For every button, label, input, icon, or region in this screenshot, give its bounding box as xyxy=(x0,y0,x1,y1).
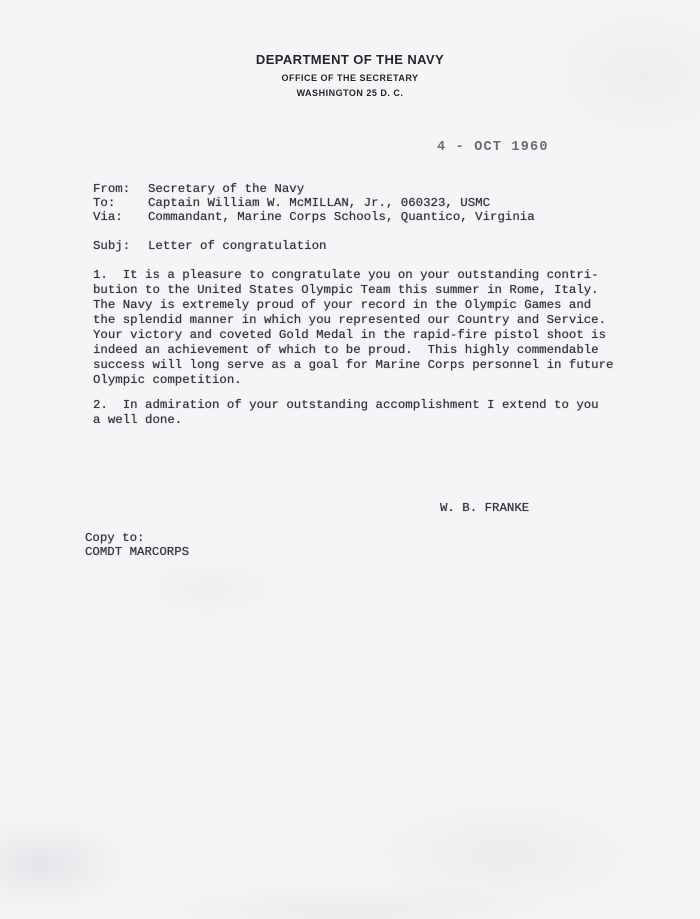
body-paragraph-2: 2. In admiration of your outstanding acc… xyxy=(93,398,599,428)
letterhead: DEPARTMENT OF THE NAVY OFFICE OF THE SEC… xyxy=(0,52,700,98)
to-row: To:Captain William W. McMILLAN, Jr., 060… xyxy=(93,197,535,211)
from-value: Secretary of the Navy xyxy=(148,182,304,196)
subject-row: Subj:Letter of congratulation xyxy=(93,239,326,253)
via-row: Via:Commandant, Marine Corps Schools, Qu… xyxy=(93,211,535,225)
to-value: Captain William W. McMILLAN, Jr., 060323… xyxy=(148,196,490,210)
from-label: From: xyxy=(93,183,148,197)
body-paragraph-1: 1. It is a pleasure to congratulate you … xyxy=(93,268,614,388)
copy-block: Copy to: COMDT MARCORPS xyxy=(85,531,189,559)
from-row: From:Secretary of the Navy xyxy=(93,183,535,197)
scanned-letter-page: DEPARTMENT OF THE NAVY OFFICE OF THE SEC… xyxy=(0,0,700,919)
letterhead-department: DEPARTMENT OF THE NAVY xyxy=(0,52,700,67)
via-value: Commandant, Marine Corps Schools, Quanti… xyxy=(148,210,535,224)
letterhead-office: OFFICE OF THE SECRETARY xyxy=(0,73,700,83)
letterhead-city: WASHINGTON 25 D. C. xyxy=(0,88,700,98)
subject-label: Subj: xyxy=(93,239,148,253)
via-label: Via: xyxy=(93,211,148,225)
paper-texture xyxy=(0,0,700,919)
signature-name: W. B. FRANKE xyxy=(440,501,529,515)
copy-to-label: Copy to: xyxy=(85,531,189,545)
copy-to-value: COMDT MARCORPS xyxy=(85,545,189,559)
to-label: To: xyxy=(93,197,148,211)
address-block: From:Secretary of the Navy To:Captain Wi… xyxy=(93,183,535,224)
subject-value: Letter of congratulation xyxy=(148,239,326,253)
date-stamp: 4 - OCT 1960 xyxy=(437,140,549,155)
